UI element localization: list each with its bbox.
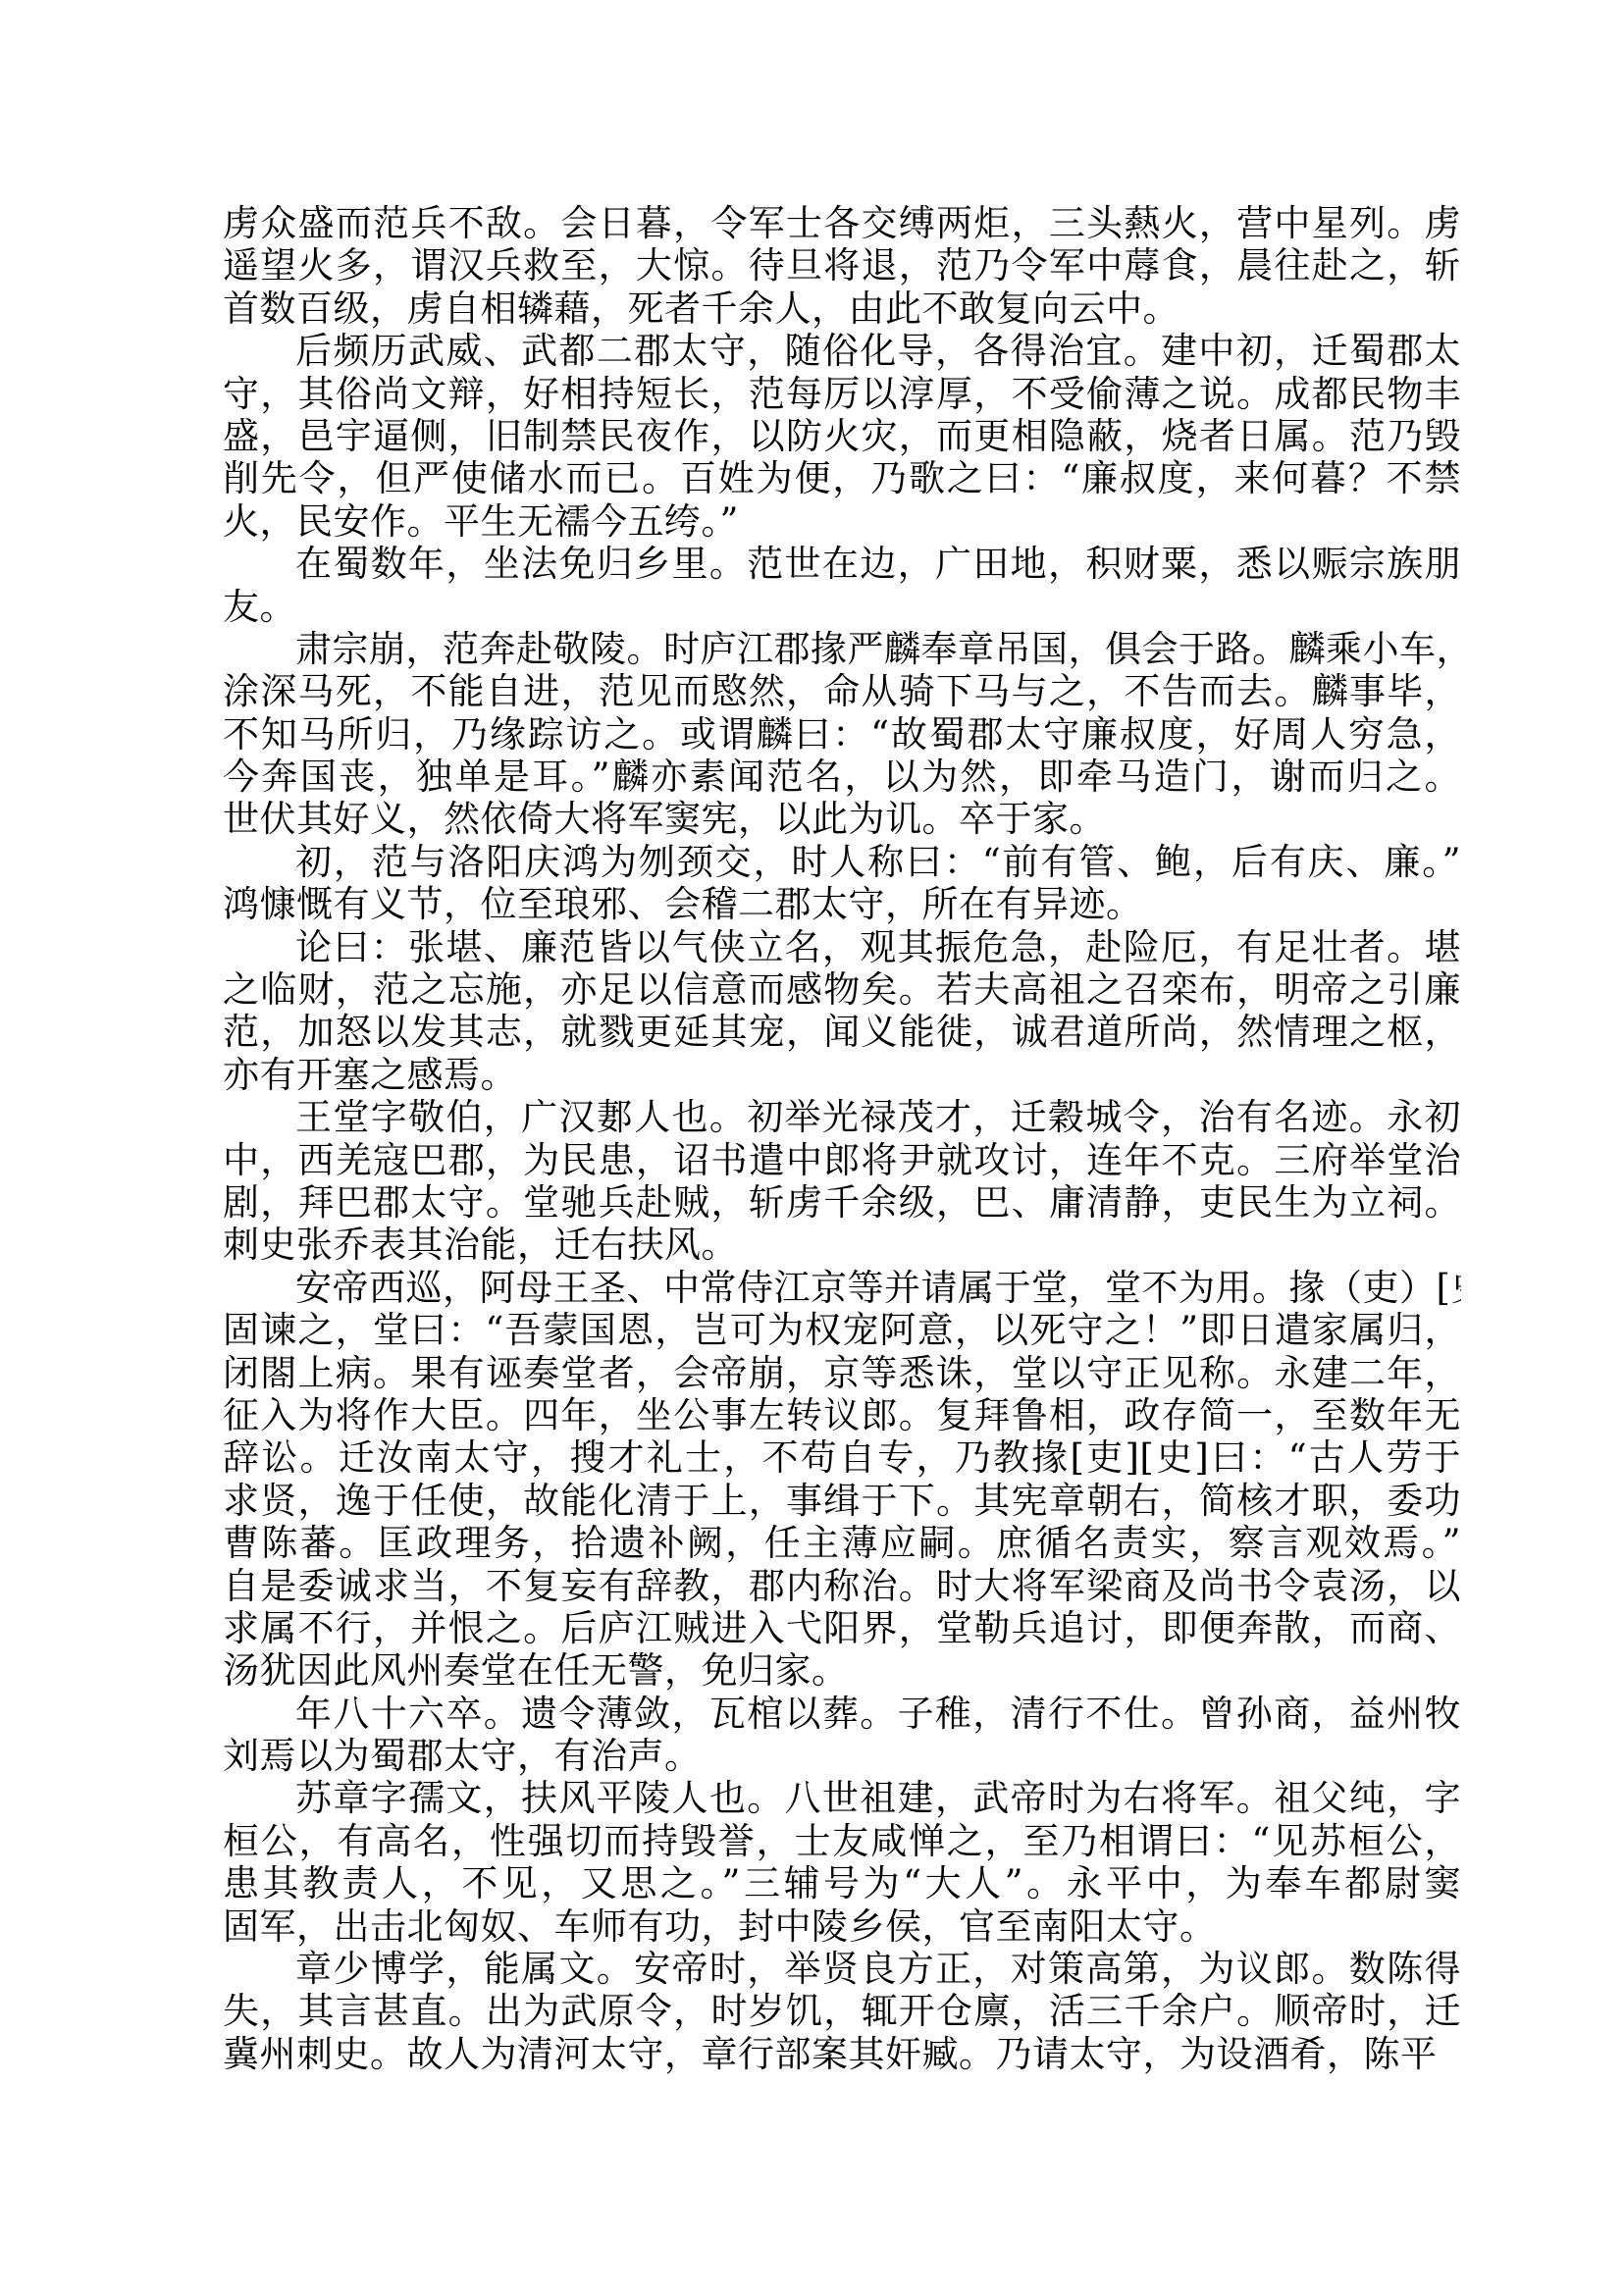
text-line: 不知马所归，乃缘踪访之。或谓麟曰：“故蜀郡太守廉叔度，好周人穷急， xyxy=(223,713,1461,756)
text-line: 汤犹因此风州奏堂在任无警，免归家。 xyxy=(223,1649,1461,1692)
text-line: 刘焉以为蜀郡太守，有治声。 xyxy=(223,1735,1461,1777)
text-line: 今奔国丧，独单是耳。”麟亦素闻范名，以为然，即牵马造门，谢而归之。 xyxy=(223,756,1461,798)
text-line: 涂深马死，不能自进，范见而愍然，命从骑下马与之，不告而去。麟事毕， xyxy=(223,670,1461,712)
text-line: 曹陈蕃。匡政理务，拾遗补阙，任主薄应嗣。庶循名责实，察言观效焉。” xyxy=(223,1522,1461,1564)
text-line: 自是委诚求当，不复妄有辞教，郡内称治。时大将军梁商及尚书令袁汤，以 xyxy=(223,1565,1461,1607)
text-line: 论曰：张堪、廉范皆以气侠立名，观其振危急，赴险厄，有足壮者。堪 xyxy=(223,926,1461,968)
text-line: 辞讼。迁汝南太守，搜才礼士，不苟自专，乃教掾[吏][史]曰：“古人劳于 xyxy=(223,1436,1461,1479)
text-line: 闭閤上病。果有诬奏堂者，会帝崩，京等悉诛，堂以守正见称。永建二年， xyxy=(223,1352,1461,1394)
text-line: 求属不行，并恨之。后庐江贼进入弋阳界，堂勒兵追讨，即便奔散，而商、 xyxy=(223,1607,1461,1649)
text-line: 桓公，有高名，性强切而持毁誉，士友咸惮之，至乃相谓曰：“见苏桓公， xyxy=(223,1820,1461,1862)
text-line: 守，其俗尚文辩，好相持短长，范每厉以淳厚，不受偷薄之说。成都民物丰 xyxy=(223,373,1461,415)
text-line: 章少博学，能属文。安帝时，举贤良方正，对策高第，为议郎。数陈得 xyxy=(223,1948,1461,1990)
text-line: 安帝西巡，阿母王圣、中常侍江京等并请属于堂，堂不为用。掾（吏）[史] xyxy=(223,1267,1461,1309)
text-line: 王堂字敬伯，广汉郪人也。初举光禄茂才，迁穀城令，治有名迹。永初 xyxy=(223,1096,1461,1138)
text-line: 友。 xyxy=(223,586,1461,628)
text-line: 虏众盛而范兵不敌。会日暮，令军士各交缚两炬，三头爇火，营中星列。虏 xyxy=(223,202,1461,244)
text-line: 火，民安作。平生无襦今五绔。” xyxy=(223,500,1461,543)
text-line: 亦有开塞之感焉。 xyxy=(223,1054,1461,1096)
text-line: 首数百级，虏自相辚藉，死者千余人，由此不敢复向云中。 xyxy=(223,287,1461,330)
text-line: 刺史张乔表其治能，迁右扶风。 xyxy=(223,1224,1461,1266)
text-line: 遥望火多，谓汉兵救至，大惊。待旦将退，范乃令军中蓐食，晨往赴之，斩 xyxy=(223,244,1461,287)
text-line: 范，加怒以发其志，就戮更延其宠，闻义能徙，诚君道所尚，然情理之枢， xyxy=(223,1011,1461,1053)
text-block: 虏众盛而范兵不敌。会日暮，令军士各交缚两炬，三头爇火，营中星列。虏遥望火多，谓汉… xyxy=(223,202,1461,2075)
text-line: 冀州刺史。故人为清河太守，章行部案其奸臧。乃请太守，为设酒肴，陈平 xyxy=(223,2033,1461,2075)
text-line: 求贤，逸于任使，故能化清于上，事缉于下。其宪章朝右，简核才职，委功 xyxy=(223,1480,1461,1522)
text-line: 初，范与洛阳庆鸿为刎颈交，时人称曰：“前有管、鲍，后有庆、廉。” xyxy=(223,841,1461,883)
text-line: 世伏其好义，然依倚大将军窦宪，以此为讥。卒于家。 xyxy=(223,798,1461,840)
text-line: 后频历武威、武都二郡太守，随俗化导，各得治宜。建中初，迁蜀郡太 xyxy=(223,330,1461,372)
text-line: 失，其言甚直。出为武原令，时岁饥，辄开仓廪，活三千余户。顺帝时，迁 xyxy=(223,1990,1461,2032)
text-line: 之临财，范之忘施，亦足以信意而感物矣。若夫高祖之召栾布，明帝之引廉 xyxy=(223,968,1461,1011)
text-line: 鸿慷慨有义节，位至琅邪、会稽二郡太守，所在有异迹。 xyxy=(223,883,1461,925)
text-line: 削先令，但严使储水而已。百姓为便，乃歌之曰：“廉叔度，来何暮？不禁 xyxy=(223,457,1461,499)
text-line: 患其教责人，不见，又思之。”三辅号为“大人”。永平中，为奉车都尉窦 xyxy=(223,1862,1461,1904)
text-line: 在蜀数年，坐法免归乡里。范世在边，广田地，积财粟，悉以赈宗族朋 xyxy=(223,543,1461,585)
text-line: 征入为将作大臣。四年，坐公事左转议郎。复拜鲁相，政存简一，至数年无 xyxy=(223,1394,1461,1436)
text-line: 年八十六卒。遗令薄敛，瓦棺以葬。子稚，清行不仕。曾孙商，益州牧 xyxy=(223,1693,1461,1735)
text-line: 肃宗崩，范奔赴敬陵。时庐江郡掾严麟奉章吊国，俱会于路。麟乘小车， xyxy=(223,628,1461,670)
text-line: 中，西羌寇巴郡，为民患，诏书遣中郎将尹就攻讨，连年不克。三府举堂治 xyxy=(223,1139,1461,1181)
text-line: 固谏之，堂曰：“吾蒙国恩，岂可为权宠阿意，以死守之！”即日遣家属归， xyxy=(223,1309,1461,1351)
text-line: 剧，拜巴郡太守。堂驰兵赴贼，斩虏千余级，巴、庸清静，吏民生为立祠。 xyxy=(223,1181,1461,1224)
text-line: 固军，出击北匈奴、车师有功，封中陵乡侯，官至南阳太守。 xyxy=(223,1905,1461,1948)
document-page: 虏众盛而范兵不敌。会日暮，令军士各交缚两炬，三头爇火，营中星列。虏遥望火多，谓汉… xyxy=(0,0,1624,2294)
text-line: 盛，邑宇逼侧，旧制禁民夜作，以防火灾，而更相隐蔽，烧者日属。范乃毁 xyxy=(223,415,1461,457)
text-line: 苏章字孺文，扶风平陵人也。八世祖建，武帝时为右将军。祖父纯，字 xyxy=(223,1777,1461,1819)
